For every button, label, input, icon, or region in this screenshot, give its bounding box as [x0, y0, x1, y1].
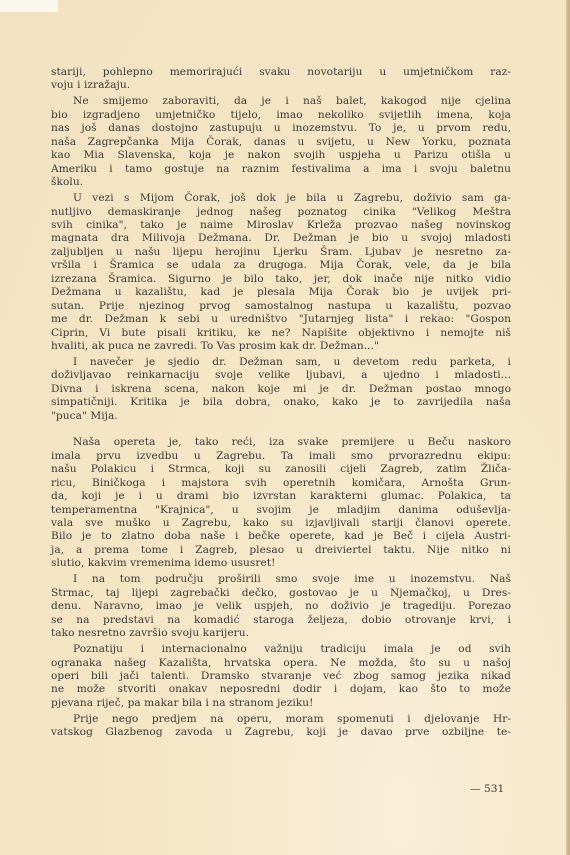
text-line: stariji, pohlepno memorirajući svaku nov… — [51, 66, 511, 79]
text-line: da, koji je i u drami bio izvrstan karak… — [51, 490, 511, 503]
paragraph: Naša opereta je, tako reći, iza svake pr… — [51, 436, 511, 571]
body-text: stariji, pohlepno memorirajući svaku nov… — [51, 66, 511, 740]
text-line: ne može stvoriti onakav neposredni dodir… — [51, 683, 511, 696]
text-line: doživljavao reinkarnaciju svoje velike l… — [51, 369, 511, 382]
text-line: nas još danas dostojno zastupuju u inoze… — [51, 122, 511, 135]
text-line: temperamentna "Krajnica", u svojim je ml… — [51, 504, 511, 517]
text-line: imala prvu izvedbu u Zagrebu. Ta imali s… — [51, 450, 511, 463]
text-line: Strmac, taj lijepi zagrebački dečko, gos… — [51, 587, 511, 600]
page-corner-mark — [0, 0, 58, 12]
text-line: izrezana Šramica. Sigurno je bilo tako, … — [51, 273, 511, 286]
scanned-book-page: stariji, pohlepno memorirajući svaku nov… — [0, 0, 570, 855]
text-line: Ne smijemo zaboraviti, da je i naš balet… — [51, 95, 511, 108]
text-line: vala sve muško u Zagrebu, kako su izjavl… — [51, 517, 511, 530]
text-line: Prije nego predjem na operu, moram spome… — [51, 713, 511, 726]
text-line: bio izgradjeno umjetničko tijelo, imao n… — [51, 109, 511, 122]
page-number: — 531 — [470, 783, 504, 795]
text-line: naša Zagrepčanka Mija Čorak, danas u svi… — [51, 136, 511, 149]
text-line: voju i izražaju. — [51, 79, 511, 92]
paragraph: I navečer je sjedio dr. Dežman sam, u de… — [51, 356, 511, 423]
text-line: Poznatiju i internacionalno važniju trad… — [51, 643, 511, 656]
text-line: slutio, kakvim vremenima idemo ususret! — [51, 557, 511, 570]
text-line: "puca" Mija. — [51, 410, 511, 423]
text-line: ogranaka našeg Kazališta, hrvatska opera… — [51, 657, 511, 670]
text-line: simpatičniji. Kritika je bila dobra, ona… — [51, 396, 511, 409]
text-line: Divna i iskrena scena, nakon koje mi je … — [51, 383, 511, 396]
text-line: U vezi s Mijom Čorak, još dok je bila u … — [51, 192, 511, 205]
text-line: vatskog Glazbenog zavoda u Zagrebu, koji… — [51, 726, 511, 739]
text-line: ricu, Biničkoga i majstora svih operetni… — [51, 477, 511, 490]
paragraph: Prije nego predjem na operu, moram spome… — [51, 713, 511, 740]
text-line: Bilo je to zlatno doba naše i bečke oper… — [51, 530, 511, 543]
text-line: pjevana riječ, pa makar bila i na strano… — [51, 697, 511, 710]
text-line: zaljubljen u našu lijepu herojinu Ljerku… — [51, 246, 511, 259]
text-line: Ciprin, Vi bute pisali kritiku, ke ne? N… — [51, 327, 511, 340]
paragraph: U vezi s Mijom Čorak, još dok je bila u … — [51, 192, 511, 353]
paragraph: I na tom području proširili smo svoje im… — [51, 573, 511, 640]
text-line: operi bili jači talenti. Dramsko stvaran… — [51, 670, 511, 683]
text-line: vršila i Šramica se udala za drugoga. Mi… — [51, 259, 511, 272]
text-line: magnata dra Milivoja Dežmana. Dr. Dežman… — [51, 232, 511, 245]
text-line: se na predstavi na komadić staroga želje… — [51, 614, 511, 627]
page-edge-shadow — [566, 0, 570, 855]
paragraph: Poznatiju i internacionalno važniju trad… — [51, 643, 511, 710]
text-line: nutljivo demaskiranje jednog našeg pozna… — [51, 206, 511, 219]
text-line: Naša opereta je, tako reći, iza svake pr… — [51, 436, 511, 449]
text-line: ja, a prema tome i Zagreb, plesao u drei… — [51, 544, 511, 557]
text-line: denu. Naravno, imao je velik uspjeh, no … — [51, 600, 511, 613]
text-line: našu Polakicu i Strmca, koji su zanosili… — [51, 463, 511, 476]
text-line: hvaliti, ak puca ne zavredi. To Vas pros… — [51, 340, 511, 353]
text-line: me dr. Dežman k sebi u uredništvo "Jutar… — [51, 313, 511, 326]
paragraph: stariji, pohlepno memorirajući svaku nov… — [51, 66, 511, 93]
text-line: I navečer je sjedio dr. Dežman sam, u de… — [51, 356, 511, 369]
text-line: Ameriku i tamo gostuje na raznim festiva… — [51, 163, 511, 176]
text-line: kao Mia Slavenska, koja je nakon svojih … — [51, 149, 511, 162]
paragraph: Ne smijemo zaboraviti, da je i naš balet… — [51, 95, 511, 189]
text-line: Dežmana u kazalištu, kad je plesala Mija… — [51, 286, 511, 299]
text-line: svih cinika", tako je naime Miroslav Krl… — [51, 219, 511, 232]
text-line: tako nesretno završio svoju karijeru. — [51, 627, 511, 640]
text-line: školu. — [51, 176, 511, 189]
text-line: sutan. Prije njezinog prvog samostalnog … — [51, 300, 511, 313]
text-line: I na tom području proširili smo svoje im… — [51, 573, 511, 586]
